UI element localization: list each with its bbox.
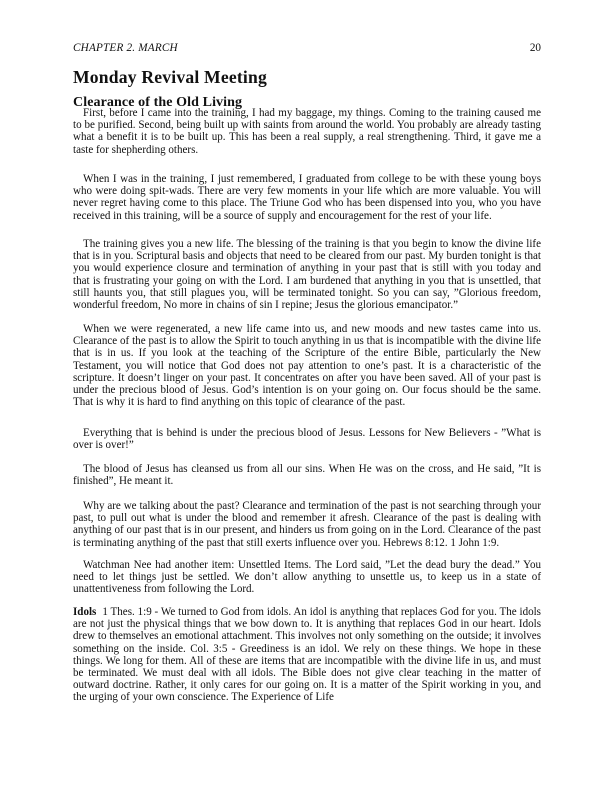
paragraph-6: The blood of Jesus has cleansed us from … xyxy=(73,463,541,487)
paragraph-2: When I was in the training, I just remem… xyxy=(73,173,541,222)
paragraph-5: Everything that is behind is under the p… xyxy=(73,427,541,451)
idols-text: 1 Thes. 1:9 - We turned to God from idol… xyxy=(73,606,541,703)
page-number: 20 xyxy=(530,42,541,54)
paragraph-3: The training gives you a new life. The b… xyxy=(73,238,541,311)
chapter-label: CHAPTER 2. MARCH xyxy=(73,42,178,54)
document-page: CHAPTER 2. MARCH 20 Monday Revival Meeti… xyxy=(0,0,612,792)
paragraph-7: Why are we talking about the past? Clear… xyxy=(73,500,541,549)
running-head: CHAPTER 2. MARCH 20 xyxy=(73,42,541,58)
section-title: Monday Revival Meeting xyxy=(73,67,267,88)
paragraph-4: When we were regenerated, a new life cam… xyxy=(73,323,541,408)
paragraph-1: First, before I came into the training, … xyxy=(73,107,541,156)
paragraph-8: Watchman Nee had another item: Unsettled… xyxy=(73,559,541,596)
paragraph-idols: Idols1 Thes. 1:9 - We turned to God from… xyxy=(73,606,541,704)
idols-heading: Idols xyxy=(73,606,96,618)
